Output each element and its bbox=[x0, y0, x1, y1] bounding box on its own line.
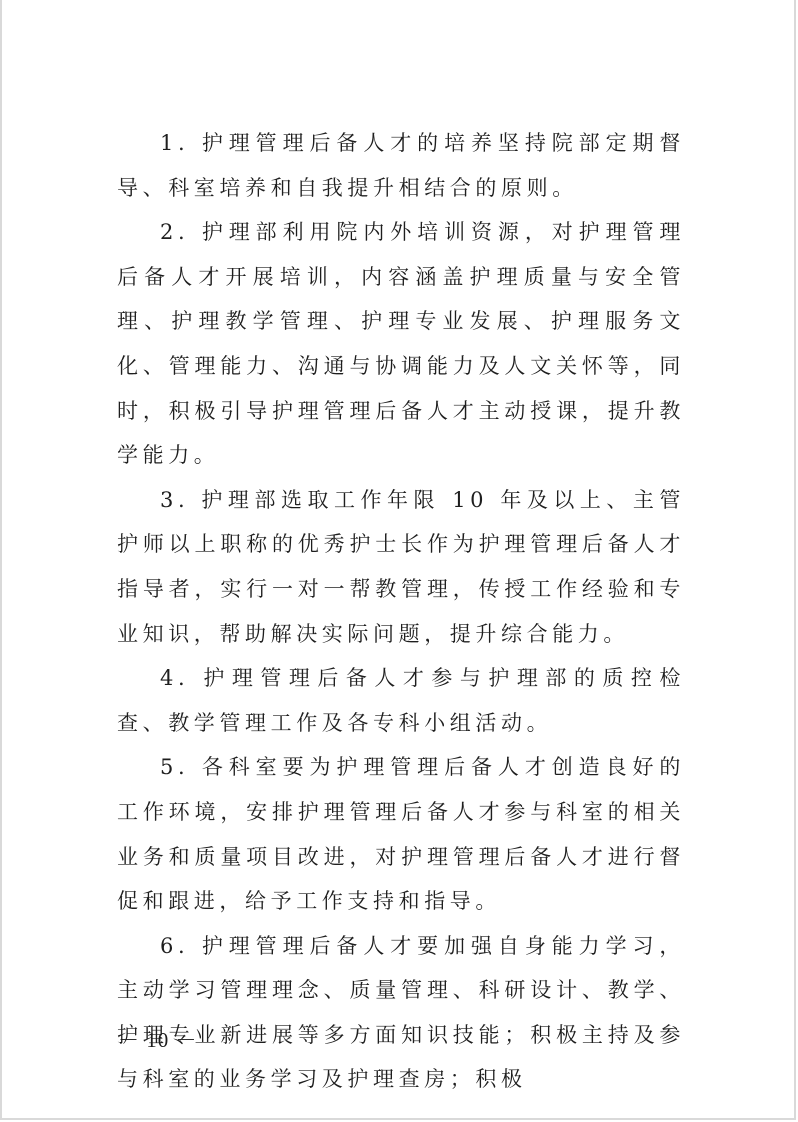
document-body: 1. 护理管理后备人才的培养坚持院部定期督导、科室培养和自我提升相结合的原则。 … bbox=[117, 121, 685, 1102]
document-page: 1. 护理管理后备人才的培养坚持院部定期督导、科室培养和自我提升相结合的原则。 … bbox=[0, 0, 796, 1120]
paragraph-6: 6. 护理管理后备人才要加强自身能力学习，主动学习管理理念、质量管理、科研设计、… bbox=[117, 924, 685, 1102]
paragraph-2: 2. 护理部利用院内外培训资源，对护理管理后备人才开展培训，内容涵盖护理质量与安… bbox=[117, 210, 685, 478]
paragraph-5: 5. 各科室要为护理管理后备人才创造良好的工作环境，安排护理管理后备人才参与科室… bbox=[117, 745, 685, 923]
page-number: － 10 － bbox=[118, 1024, 198, 1054]
paragraph-4: 4. 护理管理后备人才参与护理部的质控检查、教学管理工作及各专科小组活动。 bbox=[117, 656, 685, 745]
paragraph-3: 3. 护理部选取工作年限 10 年及以上、主管护师以上职称的优秀护士长作为护理管… bbox=[117, 478, 685, 656]
paragraph-1: 1. 护理管理后备人才的培养坚持院部定期督导、科室培养和自我提升相结合的原则。 bbox=[117, 121, 685, 210]
